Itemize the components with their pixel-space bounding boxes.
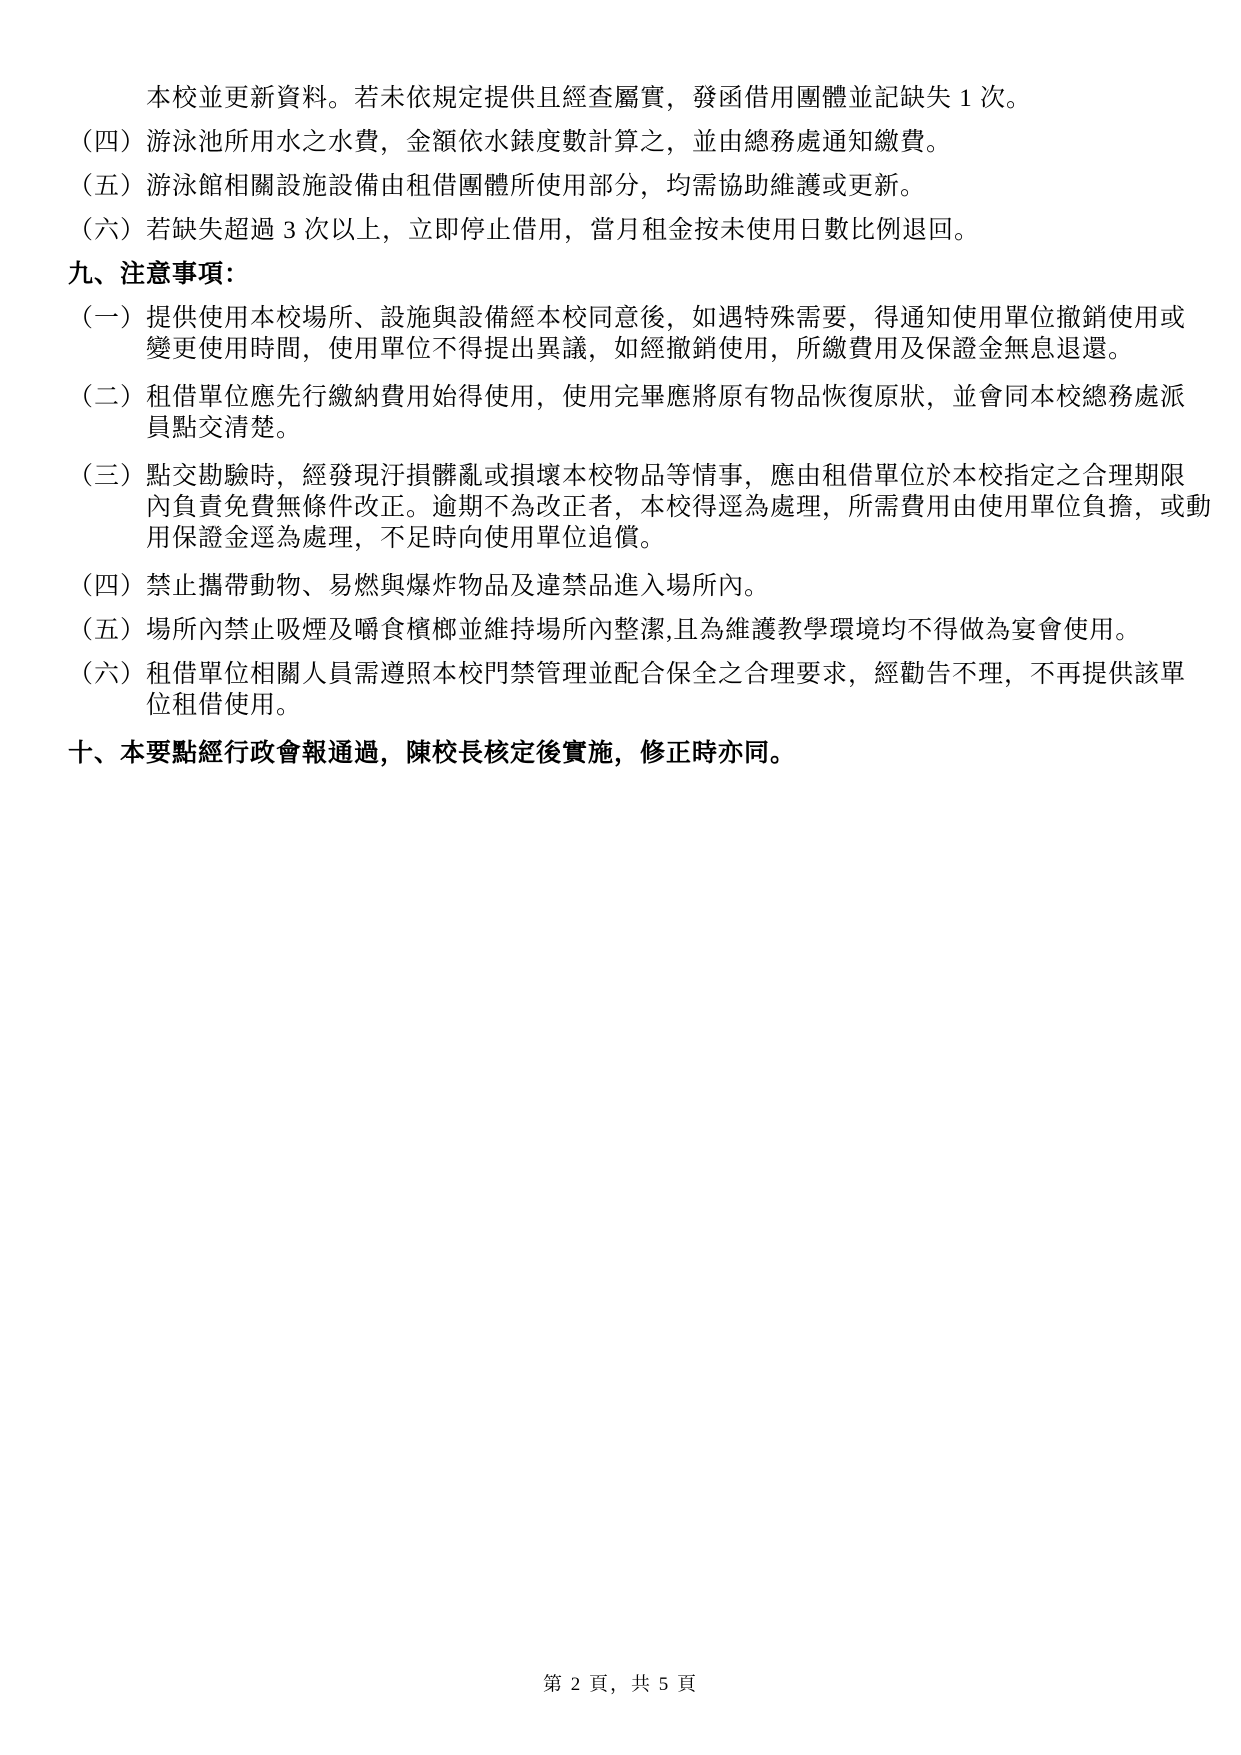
list-item-marker: （六） (68, 215, 146, 246)
page-footer: 第 2 頁，共 5 頁 (0, 1673, 1241, 1697)
list-item-line: 內負責免費無條件改正。逾期不為改正者，本校得逕為處理，所需費用由使用單位負擔，或… (146, 492, 1213, 523)
list-item-8-4: （四） 游泳池所用水之水費，金額依水錶度數計算之，並由總務處通知繳費。 (68, 127, 1213, 158)
section-heading-9: 九、注意事項： (68, 259, 1213, 290)
paragraph-continuation: 本校並更新資料。若未依規定提供且經查屬實，發函借用團體並記缺失 1 次。 (68, 83, 1213, 114)
list-item-line: 游泳池所用水之水費，金額依水錶度數計算之，並由總務處通知繳費。 (146, 127, 1213, 158)
section-heading-text: 九、注意事項： (68, 259, 1213, 290)
list-item-marker: （五） (68, 615, 146, 646)
list-item-line: 場所內禁止吸煙及嚼食檳榔並維持場所內整潔,且為維護教學環境均不得做為宴會使用。 (146, 615, 1213, 646)
list-item-line: 租借單位應先行繳納費用始得使用，使用完畢應將原有物品恢復原狀，並會同本校總務處派 (146, 382, 1213, 413)
list-item-8-6: （六） 若缺失超過 3 次以上，立即停止借用，當月租金按未使用日數比例退回。 (68, 215, 1213, 246)
list-item-line: 員點交清楚。 (146, 413, 1213, 444)
list-item-line: 禁止攜帶動物、易燃與爆炸物品及違禁品進入場所內。 (146, 571, 1213, 602)
list-item-marker: （二） (68, 382, 146, 413)
list-item-marker: （六） (68, 659, 146, 690)
list-item-line: 游泳館相關設施設備由租借團體所使用部分，均需協助維護或更新。 (146, 171, 1213, 202)
list-item-line: 若缺失超過 3 次以上，立即停止借用，當月租金按未使用日數比例退回。 (146, 215, 1213, 246)
list-item-line: 變更使用時間，使用單位不得提出異議，如經撤銷使用，所繳費用及保證金無息退還。 (146, 334, 1213, 365)
list-item-9-5: （五） 場所內禁止吸煙及嚼食檳榔並維持場所內整潔,且為維護教學環境均不得做為宴會… (68, 615, 1213, 646)
list-item-marker: （一） (68, 303, 146, 334)
list-item-9-6: （六） 租借單位相關人員需遵照本校門禁管理並配合保全之合理要求，經勸告不理，不再… (68, 659, 1213, 721)
list-item-marker: （四） (68, 571, 146, 602)
list-item-9-1: （一） 提供使用本校場所、設施與設備經本校同意後，如遇特殊需要，得通知使用單位撤… (68, 303, 1213, 365)
list-item-line: 點交勘驗時，經發現汙損髒亂或損壞本校物品等情事，應由租借單位於本校指定之合理期限 (146, 461, 1213, 492)
list-item-marker: （四） (68, 127, 146, 158)
list-item-marker: （五） (68, 171, 146, 202)
list-item-9-4: （四） 禁止攜帶動物、易燃與爆炸物品及違禁品進入場所內。 (68, 571, 1213, 602)
section-heading-text: 十、本要點經行政會報通過，陳校長核定後實施，修正時亦同。 (68, 738, 1213, 769)
list-item-8-5: （五） 游泳館相關設施設備由租借團體所使用部分，均需協助維護或更新。 (68, 171, 1213, 202)
section-heading-10: 十、本要點經行政會報通過，陳校長核定後實施，修正時亦同。 (68, 738, 1213, 769)
list-item-marker: （三） (68, 461, 146, 492)
list-item-line: 租借單位相關人員需遵照本校門禁管理並配合保全之合理要求，經勸告不理，不再提供該單 (146, 659, 1213, 690)
list-item-line: 用保證金逕為處理，不足時向使用單位追償。 (146, 523, 1213, 554)
paragraph-line: 本校並更新資料。若未依規定提供且經查屬實，發函借用團體並記缺失 1 次。 (146, 83, 1213, 114)
document-page: 本校並更新資料。若未依規定提供且經查屬實，發函借用團體並記缺失 1 次。 （四）… (68, 83, 1213, 782)
list-item-9-2: （二） 租借單位應先行繳納費用始得使用，使用完畢應將原有物品恢復原狀，並會同本校… (68, 382, 1213, 444)
list-item-line: 提供使用本校場所、設施與設備經本校同意後，如遇特殊需要，得通知使用單位撤銷使用或 (146, 303, 1213, 334)
list-item-9-3: （三） 點交勘驗時，經發現汙損髒亂或損壞本校物品等情事，應由租借單位於本校指定之… (68, 461, 1213, 554)
list-item-line: 位租借使用。 (146, 690, 1213, 721)
